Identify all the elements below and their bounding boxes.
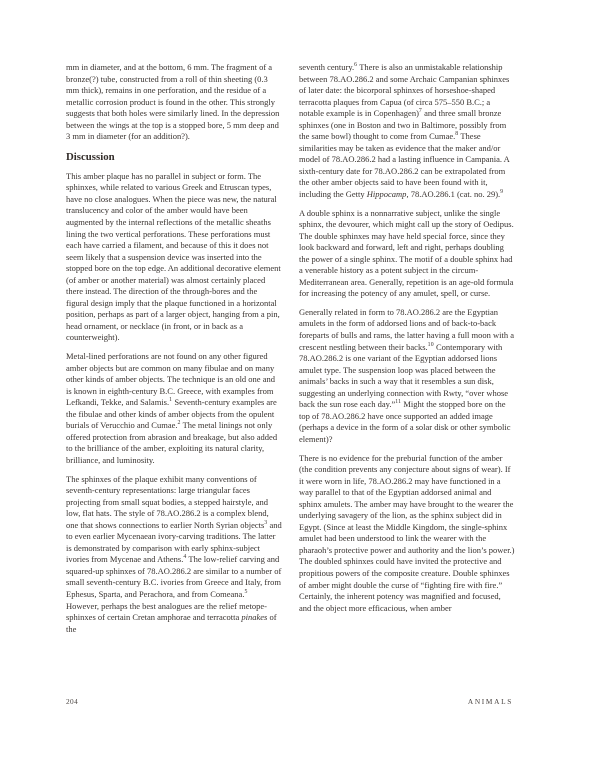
page-footer: 204 ANIMALS — [66, 697, 513, 706]
paragraph-conventions: The sphinxes of the plaque exhibit many … — [66, 474, 282, 636]
paragraph-double-sphinx: A double sphinx is a nonnarrative subjec… — [299, 208, 515, 300]
page-number: 204 — [66, 697, 78, 706]
paragraph-measurements: mm in diameter, and at the bottom, 6 mm.… — [66, 62, 282, 143]
paragraph-metal-lined: Metal-lined perforations are not found o… — [66, 351, 282, 466]
left-column: mm in diameter, and at the bottom, 6 mm.… — [66, 62, 282, 642]
paragraph-egyptian-amulets: Generally related in form to 78.AO.286.2… — [299, 307, 515, 446]
paragraph-no-parallel: This amber plaque has no parallel in sub… — [66, 171, 282, 344]
book-page: mm in diameter, and at the bottom, 6 mm.… — [0, 0, 600, 762]
discussion-heading: Discussion — [66, 151, 282, 164]
paragraph-seventh-century: seventh century.6 There is also an unmis… — [299, 62, 515, 201]
running-footer: ANIMALS — [468, 697, 513, 706]
right-column: seventh century.6 There is also an unmis… — [299, 62, 515, 642]
paragraph-preburial-function: There is no evidence for the preburial f… — [299, 453, 515, 615]
text-columns: mm in diameter, and at the bottom, 6 mm.… — [66, 62, 515, 642]
